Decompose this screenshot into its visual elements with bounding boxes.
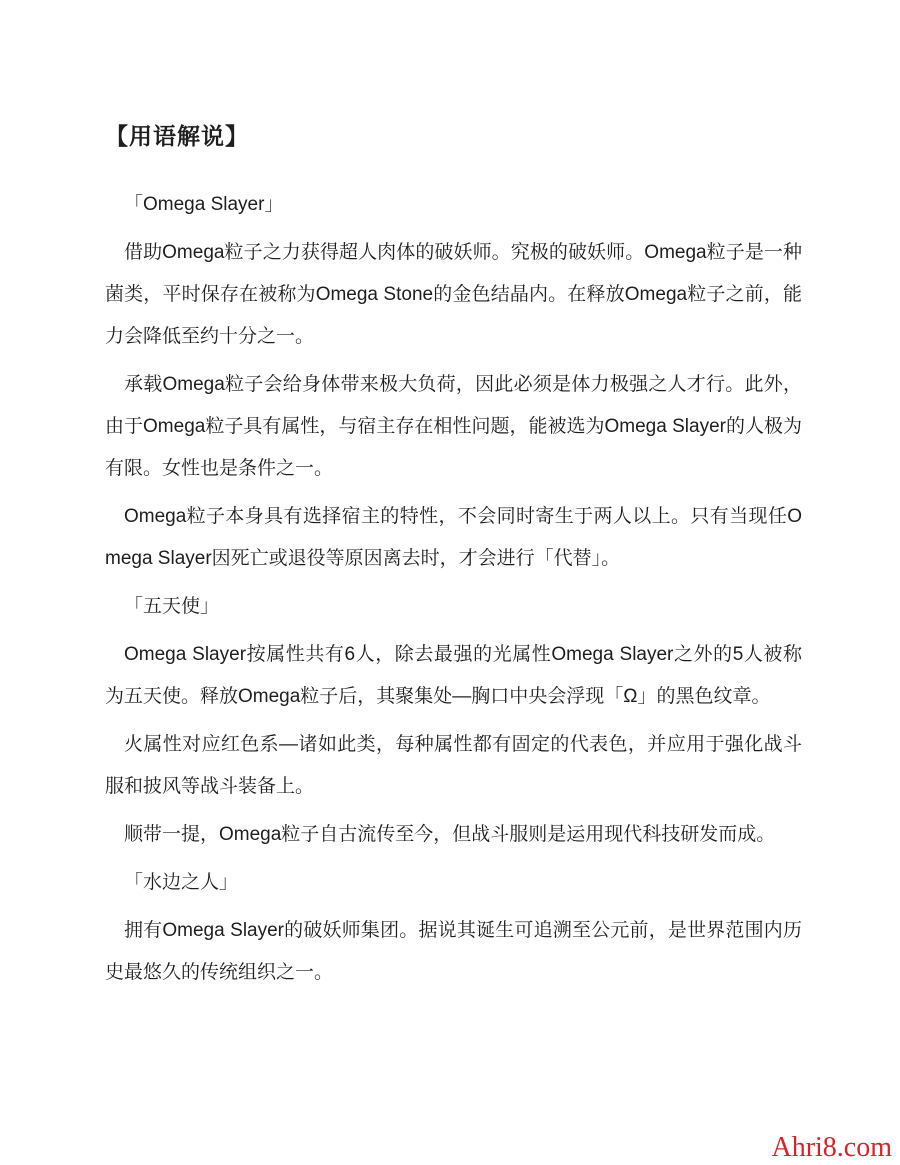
paragraph: Omega Slayer按属性共有6人，除去最强的光属性Omega Slayer… (105, 634, 802, 718)
paragraph: 拥有Omega Slayer的破妖师集团。据说其诞生可追溯至公元前，是世界范围内… (105, 910, 802, 994)
page-title: 【用语解说】 (105, 122, 802, 150)
document-page: 【用语解说】 「Omega Slayer」借助Omega粒子之力获得超人肉体的破… (0, 0, 900, 1165)
section-title: 「五天使」 (105, 586, 802, 628)
paragraph: 火属性对应红色系—诸如此类，每种属性都有固定的代表色，并应用于强化战斗服和披风等… (105, 724, 802, 808)
paragraph: 顺带一提，Omega粒子自古流传至今，但战斗服则是运用现代科技研发而成。 (105, 814, 802, 856)
document-content: 【用语解说】 「Omega Slayer」借助Omega粒子之力获得超人肉体的破… (105, 122, 802, 1000)
section-title: 「水边之人」 (105, 862, 802, 904)
paragraph: 借助Omega粒子之力获得超人肉体的破妖师。究极的破妖师。Omega粒子是一种菌… (105, 232, 802, 358)
paragraph: 承载Omega粒子会给身体带来极大负荷，因此必须是体力极强之人才行。此外，由于O… (105, 364, 802, 490)
paragraph: Omega粒子本身具有选择宿主的特性，不会同时寄生于两人以上。只有当现任Omeg… (105, 496, 802, 580)
watermark-text: Ahri8.com (771, 1133, 892, 1163)
section-title: 「Omega Slayer」 (105, 184, 802, 226)
sections-container: 「Omega Slayer」借助Omega粒子之力获得超人肉体的破妖师。究极的破… (105, 184, 802, 994)
